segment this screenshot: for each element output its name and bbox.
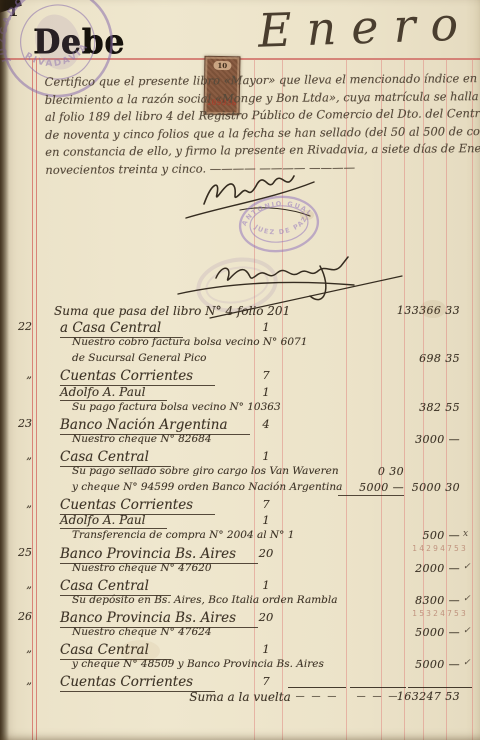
entry-description: Nuestro cheque N° 47620 <box>72 562 212 574</box>
ledger-row: Su pago factura bolsa vecino N° 10363382… <box>0 401 480 417</box>
check-mark: ✓ <box>463 594 471 604</box>
sum-rule <box>350 687 406 688</box>
folio-number: 1 <box>252 578 280 592</box>
entry-description: Nuestro cheque N° 82684 <box>72 433 212 445</box>
total-amount: 698 35 <box>392 352 460 365</box>
check-mark: ✓ <box>463 562 471 572</box>
svg-text:JUEZ DE PAZ: JUEZ DE PAZ <box>251 214 311 239</box>
entry-date: 23 <box>10 417 32 430</box>
entry-date: „ <box>10 642 32 655</box>
entry-description: Suma que pasa del libro N° 4 folio 201 <box>54 304 290 318</box>
folio-number: 7 <box>252 674 280 688</box>
entry-description: Su depósito en Bs. Aires, Bco Italia ord… <box>72 594 338 606</box>
pencil-subtotal: 15324753 <box>396 609 468 618</box>
partial-amount: 0 30 <box>338 465 404 478</box>
folio-number: 1 <box>252 513 280 527</box>
entry-description: Su pago sellado sobre giro cargo los Van… <box>72 465 339 477</box>
ledger-row: 23Banco Nación Argentina4 <box>0 417 480 433</box>
revenue-stamp-value: 10 <box>213 61 231 70</box>
entry-description: Transferencia de compra N° 2004 al N° 1 <box>72 529 294 541</box>
ledger-row: Su depósito en Bs. Aires, Bco Italia ord… <box>0 594 480 610</box>
folio-number: 20 <box>252 546 280 560</box>
ledger-row: y cheque N° 48509 y Banco Provincia Bs. … <box>0 658 480 674</box>
folio-number: 20 <box>252 610 280 624</box>
ledger-row: Adolfo A. Paul1 <box>0 513 480 529</box>
entry-description: y cheque N° 94599 orden Banco Nación Arg… <box>72 481 342 493</box>
total-amount: 5000 — <box>392 626 460 639</box>
entry-description: Adolfo A. Paul <box>60 385 167 401</box>
total-amount: 8300 — <box>392 594 460 607</box>
check-mark: x <box>463 529 468 539</box>
ledger-row: Nuestro cheque N° 476202000 —✓ <box>0 562 480 578</box>
month-heading: Enero <box>257 0 474 58</box>
total-amount: 2000 — <box>392 562 460 575</box>
ledger-row: Adolfo A. Paul1 <box>0 385 480 401</box>
entry-date: „ <box>10 497 32 510</box>
entry-description: Nuestro cheque N° 47624 <box>72 626 212 638</box>
total-amount: 382 55 <box>392 401 460 414</box>
ledger-row: 22a Casa Central1 <box>0 320 480 336</box>
ledger-row: „Casa Central1 <box>0 642 480 658</box>
ledger-row: Nuestro cheque N° 826843000 — <box>0 433 480 449</box>
entry-date: „ <box>10 368 32 381</box>
ledger-row: Nuestro cobro factura bolsa vecino N° 60… <box>0 336 480 352</box>
total-amount: 5000 — <box>392 658 460 671</box>
entry-date: 22 <box>10 320 32 333</box>
entry-date: „ <box>10 674 32 687</box>
ledger-row: Transferencia de compra N° 2004 al N° 15… <box>0 529 480 545</box>
ledger-row: Suma que pasa del libro N° 4 folio 20113… <box>0 304 480 320</box>
ledger-row: Suma a la vuelta163247 53— — —— — — <box>0 690 480 706</box>
ledger-row: Su pago sellado sobre giro cargo los Van… <box>0 465 480 481</box>
check-mark: ✓ <box>463 658 471 668</box>
ledger-row: „Casa Central1 <box>0 578 480 594</box>
sum-rule <box>288 687 346 688</box>
ledger-row: y cheque N° 94599 orden Banco Nación Arg… <box>0 481 480 497</box>
total-amount: 133366 33 <box>392 304 460 317</box>
entry-description: de Sucursal General Pico <box>72 352 206 364</box>
entry-description: Adolfo A. Paul <box>60 513 167 529</box>
total-amount: 500 — <box>392 529 460 542</box>
entry-date: „ <box>10 578 32 591</box>
ledger-row: de Sucursal General Pico698 35 <box>0 352 480 368</box>
ledger-row: „Cuentas Corrientes7 <box>0 497 480 513</box>
ledger-page: 1 Debe Enero JUZGADO DE PAZ RIVADAVIA 10… <box>0 0 480 740</box>
folio-number: 7 <box>252 497 280 511</box>
empty-column-dashes: — — — <box>288 692 346 702</box>
empty-column-dashes: — — — <box>350 692 406 702</box>
ledger-row: Nuestro cheque N° 476245000 —✓ <box>0 626 480 642</box>
ledger-row: „Cuentas Corrientes7 <box>0 674 480 690</box>
pencil-subtotal: 14294753 <box>396 544 468 553</box>
entry-date: 26 <box>10 610 32 623</box>
ledger-row: „Casa Central1 <box>0 449 480 465</box>
folio-number: 1 <box>252 449 280 463</box>
entry-date: „ <box>10 449 32 462</box>
entry-description: y cheque N° 48509 y Banco Provincia Bs. … <box>72 658 324 670</box>
total-amount: 5000 30 <box>392 481 460 494</box>
ledger-row: „Cuentas Corrientes7 <box>0 368 480 384</box>
folio-number: 1 <box>252 320 280 334</box>
certification-text: Certifico que el presente libro «Mayor» … <box>45 70 478 179</box>
entry-description: Nuestro cobro factura bolsa vecino N° 60… <box>72 336 307 348</box>
entry-description: Su pago factura bolsa vecino N° 10363 <box>72 401 281 413</box>
entry-date: 25 <box>10 546 32 559</box>
folio-number: 4 <box>252 417 280 431</box>
folio-number: 1 <box>252 642 280 656</box>
folio-number: 1 <box>252 385 280 399</box>
folio-number: 7 <box>252 368 280 382</box>
total-amount: 3000 — <box>392 433 460 446</box>
sum-rule <box>408 687 472 688</box>
check-mark: ✓ <box>463 626 471 636</box>
